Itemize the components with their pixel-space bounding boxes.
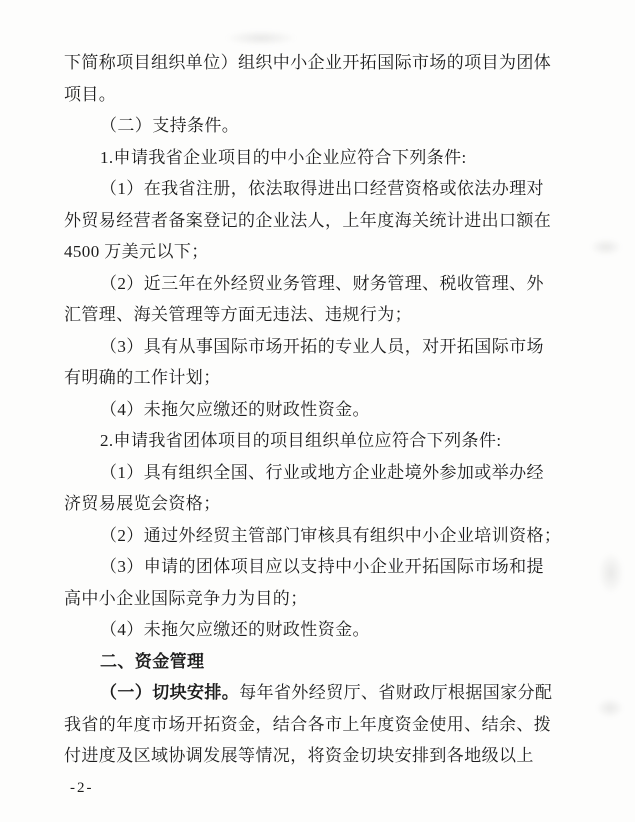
scan-artifact <box>596 698 624 718</box>
text-line: （3）申请的团体项目应以支持中小企业开拓国际市场和提 <box>64 551 564 583</box>
text-line: 项目。 <box>64 79 564 111</box>
scan-artifact <box>225 30 297 46</box>
text-segment: 每年省外经贸厅、省财政厅根据国家分配 <box>239 683 552 702</box>
text-line: 高中小企业国际竞争力为目的； <box>64 583 564 615</box>
section-heading: 二、资金管理 <box>64 646 564 678</box>
text-line: 汇管理、海关管理等方面无违法、违规行为； <box>64 299 564 331</box>
subheading-lead: （一）切块安排。 <box>100 683 239 702</box>
text-line: （3）具有从事国际市场开拓的专业人员，对开拓国际市场 <box>64 331 564 363</box>
page-number: -2- <box>70 780 94 797</box>
text-line: 付进度及区域协调发展等情况，将资金切块安排到各地级以上 <box>64 740 564 772</box>
section-subheading: （二）支持条件。 <box>64 110 564 142</box>
scan-artifact <box>590 238 622 256</box>
text-line: 外贸易经营者备案登记的企业法人，上年度海关统计进出口额在 <box>64 205 564 237</box>
text-line: （4）未拖欠应缴还的财政性资金。 <box>64 614 564 646</box>
text-line: 2.申请我省团体项目的项目组织单位应符合下列条件: <box>64 425 564 457</box>
text-line: （1）在我省注册，依法取得进出口经营资格或依法办理对 <box>64 173 564 205</box>
text-line: （4）未拖欠应缴还的财政性资金。 <box>64 394 564 426</box>
text-line: （2）近三年在外经贸业务管理、财务管理、税收管理、外 <box>64 268 564 300</box>
document-body: 下简称项目组织单位）组织中小企业开拓国际市场的项目为团体 项目。 （二）支持条件… <box>64 47 564 772</box>
text-line: 济贸易展览会资格； <box>64 488 564 520</box>
text-line: 1.申请我省企业项目的中小企业应符合下列条件: <box>64 142 564 174</box>
text-line: 4500 万美元以下； <box>64 236 564 268</box>
text-line: （1）具有组织全国、行业或地方企业赴境外参加或举办经 <box>64 457 564 489</box>
text-line: 我省的年度市场开拓资金，结合各市上年度资金使用、结余、拨 <box>64 709 564 741</box>
text-line: （一）切块安排。每年省外经贸厅、省财政厅根据国家分配 <box>64 677 564 709</box>
text-line: 有明确的工作计划； <box>64 362 564 394</box>
text-line: （2）通过外经贸主管部门审核具有组织中小企业培训资格； <box>64 520 564 552</box>
scan-artifact <box>598 552 624 594</box>
text-line: 下简称项目组织单位）组织中小企业开拓国际市场的项目为团体 <box>64 47 564 79</box>
document-page: 下简称项目组织单位）组织中小企业开拓国际市场的项目为团体 项目。 （二）支持条件… <box>0 0 635 822</box>
